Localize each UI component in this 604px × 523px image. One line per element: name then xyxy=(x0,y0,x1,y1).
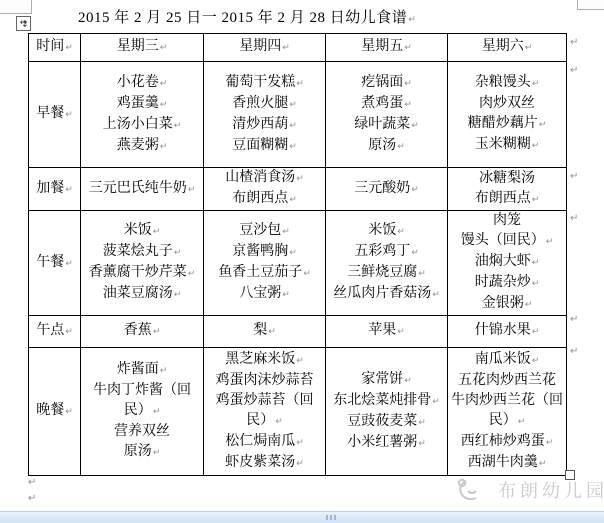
menu-item-line: 香薰腐干炒芹菜↵ xyxy=(89,263,196,284)
paragraph-mark-icon: ↵ xyxy=(397,327,405,337)
menu-item-line: 时蔬杂炒↵ xyxy=(475,273,540,294)
paragraph-mark-icon: ↵ xyxy=(65,110,73,120)
menu-item-text: 葡萄干发糕 xyxy=(225,75,295,90)
menu-item-text: 虾皮紫菜汤 xyxy=(225,455,295,470)
paragraph-mark-icon: ↵ xyxy=(432,290,440,300)
menu-item-text: 豆面糊糊 xyxy=(232,138,288,153)
paragraph-mark-icon: ↵ xyxy=(289,195,297,205)
menu-item-text: 牛肉炒西兰花（回 xyxy=(451,393,563,408)
menu-item-text: 玉米糊糊 xyxy=(475,137,531,152)
menu-item-text: 松仁焗南瓜 xyxy=(225,434,295,449)
menu-item-text: 东北烩菜炖排骨 xyxy=(333,393,431,408)
menu-item-text: 五彩鸡丁 xyxy=(354,244,410,259)
paragraph-mark-icon: ↵ xyxy=(404,100,412,110)
paragraph-mark-icon: ↵ xyxy=(174,248,182,258)
menu-item-line: 苹果↵ xyxy=(368,321,405,342)
paragraph-mark-icon: ↵ xyxy=(525,300,533,310)
paragraph-mark-icon: ↵ xyxy=(282,43,290,53)
menu-cell: 小花卷↵鸡蛋羹↵上汤小白菜↵燕麦粥↵ xyxy=(81,62,204,168)
menu-item-line: 三元巴氏纯牛奶↵ xyxy=(89,179,196,200)
paragraph-mark-icon: ↵ xyxy=(160,79,168,89)
kindergarten-logo-icon xyxy=(452,476,492,504)
horizontal-scrollbar[interactable] xyxy=(0,511,604,523)
paragraph-mark-icon: ↵ xyxy=(546,438,554,448)
paragraph-mark-icon: ↵ xyxy=(160,366,168,376)
menu-item-line: 什锦水果↵ xyxy=(475,321,540,342)
paragraph-mark-icon: ↵ xyxy=(532,279,540,289)
menu-item-line: 杂粮馒头↵ xyxy=(475,73,540,94)
menu-item-line: 小米红薯粥↵ xyxy=(347,433,426,454)
header-cell-time: 时间↵ xyxy=(29,34,81,62)
menu-item-line: 松仁焗南瓜↵ xyxy=(225,432,304,453)
menu-cell: 山楂消食汤↵布朗西点↵ xyxy=(204,168,326,211)
paragraph-mark-icon: ↵ xyxy=(532,195,540,205)
menu-item-text: 山楂消食汤 xyxy=(225,170,295,185)
menu-item-line: 香煎火腿↵ xyxy=(232,94,297,115)
menu-item-text: 黑芝麻米饭 xyxy=(225,352,295,367)
menu-item-text: 肉笼 xyxy=(493,213,521,228)
menu-item-line: 鸡蛋肉沫炒蒜苔 xyxy=(216,371,314,391)
menu-item-line: 丝瓜肉片香菇汤↵ xyxy=(333,284,440,305)
scrollbar-thumb-grip[interactable] xyxy=(326,515,338,520)
menu-item-line: 黑芝麻米饭↵ xyxy=(225,350,304,371)
menu-item-line: 原汤↵ xyxy=(368,136,405,157)
menu-item-text: 加餐 xyxy=(36,181,64,196)
paragraph-mark-icon: ↵ xyxy=(153,327,161,337)
menu-item-text: 三鲜烧豆腐 xyxy=(347,265,417,280)
menu-item-text: 豆沙包 xyxy=(239,223,281,238)
paragraph-mark-icon: ↵ xyxy=(418,418,426,428)
menu-item-line: 布朗西点↵ xyxy=(475,189,540,210)
menu-item-text: 时间 xyxy=(36,39,64,54)
menu-item-text: 苹果 xyxy=(368,323,396,338)
menu-item-line: 加餐↵ xyxy=(36,179,73,200)
menu-item-line: 炸酱面↵ xyxy=(117,360,168,381)
menu-item-line: 鸡蛋炒蒜苔（回 xyxy=(216,391,314,411)
menu-cell: 肉笼馒头（回民）↵油焖大虾↵时蔬杂炒↵金银粥↵ xyxy=(448,211,567,316)
menu-item-line: 午点↵ xyxy=(36,321,73,342)
menu-item-text: 牛肉丁炸酱（回 xyxy=(93,383,191,398)
menu-item-line: 燕麦粥↵ xyxy=(117,136,168,157)
menu-item-line: 小花卷↵ xyxy=(117,73,168,94)
menu-item-text: 时蔬杂炒 xyxy=(475,275,531,290)
menu-item-line: 虾皮紫菜汤↵ xyxy=(225,453,304,474)
paragraph-mark-icon: ↵ xyxy=(397,227,405,237)
menu-item-text: 香蕉 xyxy=(124,323,152,338)
paragraph-mark-icon: ↵ xyxy=(296,438,304,448)
menu-item-line: 民）↵ xyxy=(489,411,526,432)
menu-item-text: 豆豉莜麦菜 xyxy=(347,414,417,429)
menu-item-line: 五花肉炒西兰花 xyxy=(458,371,556,391)
paragraph-mark-icon: ↵ xyxy=(153,227,161,237)
paragraph-mark-icon: ↵ xyxy=(28,477,36,488)
menu-item-text: 糖醋炒藕片 xyxy=(468,116,538,131)
menu-cell: 豆沙包↵京酱鸭胸↵鱼香土豆茄子↵八宝粥↵ xyxy=(204,211,326,316)
paragraph-mark-icon: ↵ xyxy=(418,439,426,449)
menu-item-text: 晚餐 xyxy=(36,403,64,418)
paragraph-mark-icon: ↵ xyxy=(532,79,540,89)
menu-item-text: 八宝粥 xyxy=(239,286,281,301)
menu-item-line: 三鲜烧豆腐↵ xyxy=(347,263,426,284)
paragraph-mark-icon: ↵ xyxy=(65,327,73,337)
menu-item-line: 肉炒双丝 xyxy=(479,94,535,114)
menu-item-text: 肉炒双丝 xyxy=(479,96,535,111)
menu-item-text: 鱼香土豆茄子 xyxy=(218,265,302,280)
menu-item-line: 疙锅面↵ xyxy=(361,73,412,94)
menu-item-line: 星期四↵ xyxy=(239,34,290,61)
menu-item-text: 星期五 xyxy=(361,39,403,54)
menu-item-text: 香薰腐干炒芹菜 xyxy=(89,265,187,280)
menu-cell: 三元酸奶↵ xyxy=(326,168,448,211)
menu-item-line: 星期六↵ xyxy=(482,34,533,61)
menu-cell: 米饭↵菠菜烩丸子↵香薰腐干炒芹菜↵油菜豆腐汤↵ xyxy=(81,211,204,316)
day-column-header: 星期五↵ xyxy=(326,34,448,62)
menu-item-line: 三元酸奶↵ xyxy=(354,179,419,200)
paragraph-mark-icon: ↵ xyxy=(532,356,540,366)
day-column-header: 星期六↵ xyxy=(448,34,567,62)
paragraph-mark-icon: ↵ xyxy=(296,174,304,184)
menu-item-line: 煮鸡蛋↵ xyxy=(361,94,412,115)
menu-item-text: 油菜豆腐汤 xyxy=(103,286,173,301)
menu-item-line: 原汤↵ xyxy=(124,442,161,463)
menu-item-line: 清炒西葫↵ xyxy=(232,115,297,136)
menu-item-text: 炸酱面 xyxy=(117,362,159,377)
paragraph-mark-icon: ↵ xyxy=(418,269,426,279)
menu-item-text: 星期四 xyxy=(239,39,281,54)
kindergarten-logo: 布朗幼儿园 xyxy=(452,476,604,504)
menu-item-text: 原汤 xyxy=(124,444,152,459)
menu-item-text: 米饭 xyxy=(368,223,396,238)
menu-item-text: 菠菜烩丸子 xyxy=(103,244,173,259)
paragraph-mark-icon: ↵ xyxy=(296,459,304,469)
paragraph-mark-icon: ↵ xyxy=(404,43,412,53)
paragraph-mark-icon: ↵ xyxy=(65,407,73,417)
menu-item-text: 五花肉炒西兰花 xyxy=(458,373,556,388)
paragraph-mark-icon: ↵ xyxy=(570,213,578,224)
paragraph-mark-icon: ↵ xyxy=(65,43,73,53)
menu-item-line: 八宝粥↵ xyxy=(239,284,290,305)
paragraph-mark-icon: ↵ xyxy=(532,141,540,151)
paragraph-mark-icon: ↵ xyxy=(404,376,412,386)
paragraph-mark-icon: ↵ xyxy=(275,417,283,427)
table-row: 晚餐↵炸酱面↵牛肉丁炸酱（回民）↵营养双丝原汤↵黑芝麻米饭↵鸡蛋肉沫炒蒜苔鸡蛋炒… xyxy=(29,348,567,476)
menu-cell: 冰糖梨汤布朗西点↵ xyxy=(448,168,567,211)
menu-item-line: 豆面糊糊↵ xyxy=(232,136,297,157)
table-header-row: 时间↵星期三↵星期四↵星期五↵星期六↵ xyxy=(29,34,567,62)
paragraph-mark-icon: ↵ xyxy=(570,346,578,357)
menu-item-line: 五彩鸡丁↵ xyxy=(354,242,419,263)
menu-item-line: 肉笼 xyxy=(493,211,521,231)
paragraph-mark-icon: ↵ xyxy=(188,269,196,279)
menu-item-text: 布朗西点 xyxy=(232,191,288,206)
menu-item-line: 午餐↵ xyxy=(36,253,73,274)
paragraph-mark-icon: ↵ xyxy=(570,171,578,182)
menu-item-text: 燕麦粥 xyxy=(117,138,159,153)
menu-item-text: 香煎火腿 xyxy=(232,96,288,111)
menu-item-text: 上汤小白菜 xyxy=(103,117,173,132)
menu-item-line: 梨↵ xyxy=(253,321,276,342)
paragraph-mark-icon: ↵ xyxy=(65,185,73,195)
paragraph-mark-icon: ↵ xyxy=(546,237,554,247)
menu-item-line: 糖醋炒藕片↵ xyxy=(468,114,547,135)
paragraph-mark-icon: ↵ xyxy=(188,185,196,195)
meal-row-label: 晚餐↵ xyxy=(29,348,81,476)
menu-item-line: 上汤小白菜↵ xyxy=(103,115,182,136)
menu-cell: 什锦水果↵ xyxy=(448,316,567,348)
paragraph-mark-icon: ↵ xyxy=(570,314,578,325)
paragraph-mark-icon: ↵ xyxy=(525,43,533,53)
paragraph-mark-icon: ↵ xyxy=(408,15,416,25)
menu-cell: 苹果↵ xyxy=(326,316,448,348)
menu-cell: 疙锅面↵煮鸡蛋↵绿叶蔬菜↵原汤↵ xyxy=(326,62,448,168)
paragraph-mark-icon: ↵ xyxy=(296,356,304,366)
menu-item-text: 星期三 xyxy=(117,39,159,54)
menu-item-text: 午餐 xyxy=(36,255,64,270)
menu-item-text: 鸡蛋炒蒜苔（回 xyxy=(216,393,314,408)
menu-item-text: 三元酸奶 xyxy=(354,181,410,196)
paragraph-mark-icon: ↵ xyxy=(160,100,168,110)
menu-cell: 家常饼↵东北烩菜炖排骨↵豆豉莜麦菜↵小米红薯粥↵ xyxy=(326,348,448,476)
menu-item-text: 星期六 xyxy=(482,39,524,54)
menu-cell: 葡萄干发糕↵香煎火腿↵清炒西葫↵豆面糊糊↵ xyxy=(204,62,326,168)
menu-item-text: 煮鸡蛋 xyxy=(361,96,403,111)
menu-cell: 杂粮馒头↵肉炒双丝糖醋炒藕片↵玉米糊糊↵ xyxy=(448,62,567,168)
document-title-text: 2015 年 2 月 25 日一 2015 年 2 月 28 日幼儿食谱 xyxy=(78,10,407,26)
menu-item-text: 午点 xyxy=(36,323,64,338)
menu-item-text: 油焖大虾 xyxy=(475,254,531,269)
paragraph-mark-icon: ↵ xyxy=(404,79,412,89)
menu-cell: 炸酱面↵牛肉丁炸酱（回民）↵营养双丝原汤↵ xyxy=(81,348,204,476)
paragraph-mark-icon: ↵ xyxy=(160,142,168,152)
move-arrows-icon: ↔ xyxy=(17,17,30,30)
menu-item-line: 米饭↵ xyxy=(124,221,161,242)
menu-item-text: 梨 xyxy=(253,323,267,338)
menu-item-line: 菠菜烩丸子↵ xyxy=(103,242,182,263)
meal-row-label: 午餐↵ xyxy=(29,211,81,316)
menu-item-text: 小花卷 xyxy=(117,75,159,90)
page-margin-mark-top-right xyxy=(577,0,604,10)
meal-row-label: 午点↵ xyxy=(29,316,81,348)
paragraph-mark-icon: ↵ xyxy=(65,259,73,269)
day-column-header: 星期四↵ xyxy=(204,34,326,62)
paragraph-mark-icon: ↵ xyxy=(296,79,304,89)
paragraph-mark-icon: ↵ xyxy=(174,290,182,300)
menu-item-text: 米饭 xyxy=(124,223,152,238)
paragraph-mark-icon: ↵ xyxy=(282,227,290,237)
menu-item-text: 鸡蛋肉沫炒蒜苔 xyxy=(216,373,314,388)
menu-item-text: 冰糖梨汤 xyxy=(479,171,535,186)
menu-item-line: 晚餐↵ xyxy=(36,401,73,422)
menu-item-line: 牛肉炒西兰花（回 xyxy=(451,391,563,411)
menu-item-text: 清炒西葫 xyxy=(232,117,288,132)
menu-item-text: 什锦水果 xyxy=(475,323,531,338)
menu-item-line: 布朗西点↵ xyxy=(232,189,297,210)
kindergarten-menu-table: 时间↵星期三↵星期四↵星期五↵星期六↵早餐↵小花卷↵鸡蛋羹↵上汤小白菜↵燕麦粥↵… xyxy=(28,33,567,476)
paragraph-mark-icon: ↵ xyxy=(174,121,182,131)
menu-item-line: 香蕉↵ xyxy=(124,321,161,342)
menu-item-text: 小米红薯粥 xyxy=(347,435,417,450)
table-row: 早餐↵小花卷↵鸡蛋羹↵上汤小白菜↵燕麦粥↵葡萄干发糕↵香煎火腿↵清炒西葫↵豆面糊… xyxy=(29,62,567,168)
paragraph-mark-icon: ↵ xyxy=(518,417,526,427)
paragraph-mark-icon: ↵ xyxy=(411,121,419,131)
menu-item-line: 民）↵ xyxy=(246,411,283,432)
menu-item-line: 早餐↵ xyxy=(36,104,73,125)
meal-row-label: 加餐↵ xyxy=(29,168,81,211)
menu-item-line: 星期三↵ xyxy=(117,34,168,61)
paragraph-mark-icon: ↵ xyxy=(570,65,578,76)
menu-item-line: 家常饼↵ xyxy=(361,370,412,391)
menu-item-line: 绿叶蔬菜↵ xyxy=(354,115,419,136)
menu-cell: 南瓜米饭↵五花肉炒西兰花牛肉炒西兰花（回民）↵西红柿炒鸡蛋↵西湖牛肉羹↵ xyxy=(448,348,567,476)
menu-item-line: 豆沙包↵ xyxy=(239,221,290,242)
menu-item-line: 油焖大虾↵ xyxy=(475,252,540,273)
menu-item-line: 冰糖梨汤 xyxy=(479,169,535,189)
menu-item-text: 馒头（回民） xyxy=(461,233,545,248)
paragraph-mark-icon: ↵ xyxy=(282,290,290,300)
menu-item-line: 葡萄干发糕↵ xyxy=(225,73,304,94)
paragraph-mark-icon: ↵ xyxy=(532,258,540,268)
paragraph-mark-icon: ↵ xyxy=(539,120,547,130)
kindergarten-logo-text: 布朗幼儿园 xyxy=(498,477,604,503)
paragraph-mark-icon: ↵ xyxy=(303,269,311,279)
menu-item-text: 绿叶蔬菜 xyxy=(354,117,410,132)
paragraph-mark-icon: ↵ xyxy=(289,100,297,110)
menu-item-line: 山楂消食汤↵ xyxy=(225,168,304,189)
menu-item-text: 民） xyxy=(489,413,517,428)
paragraph-mark-icon: ↵ xyxy=(289,121,297,131)
paragraph-mark-icon: ↵ xyxy=(160,43,168,53)
menu-item-text: 金银粥 xyxy=(482,296,524,311)
document-title: 2015 年 2 月 25 日一 2015 年 2 月 28 日幼儿食谱↵ xyxy=(78,6,416,27)
paragraph-mark-icon: ↵ xyxy=(411,248,419,258)
menu-item-line: 京酱鸭胸↵ xyxy=(232,242,297,263)
table-row: 午点↵香蕉↵梨↵苹果↵什锦水果↵ xyxy=(29,316,567,348)
paragraph-mark-icon: ↵ xyxy=(539,459,547,469)
menu-item-text: 鸡蛋羹 xyxy=(117,96,159,111)
paragraph-mark-icon: ↵ xyxy=(28,493,36,504)
menu-item-text: 丝瓜肉片香菇汤 xyxy=(333,286,431,301)
paragraph-mark-icon: ↵ xyxy=(268,327,276,337)
table-row: 加餐↵三元巴氏纯牛奶↵山楂消食汤↵布朗西点↵三元酸奶↵冰糖梨汤布朗西点↵ xyxy=(29,168,567,211)
menu-item-text: 西湖牛肉羹 xyxy=(468,455,538,470)
menu-cell: 三元巴氏纯牛奶↵ xyxy=(81,168,204,211)
menu-item-line: 金银粥↵ xyxy=(482,294,533,315)
menu-item-line: 南瓜米饭↵ xyxy=(475,350,540,371)
paragraph-mark-icon: ↵ xyxy=(532,327,540,337)
menu-item-text: 疙锅面 xyxy=(361,75,403,90)
menu-cell: 黑芝麻米饭↵鸡蛋肉沫炒蒜苔鸡蛋炒蒜苔（回民）↵松仁焗南瓜↵虾皮紫菜汤↵ xyxy=(204,348,326,476)
day-column-header: 星期三↵ xyxy=(81,34,204,62)
paragraph-mark-icon: ↵ xyxy=(289,248,297,258)
menu-item-text: 原汤 xyxy=(368,138,396,153)
menu-item-line: 东北烩菜炖排骨↵ xyxy=(333,391,440,412)
menu-item-line: 鱼香土豆茄子↵ xyxy=(218,263,311,284)
menu-item-line: 星期五↵ xyxy=(361,34,412,61)
paragraph-mark-icon: ↵ xyxy=(289,142,297,152)
paragraph-mark-icon: ↵ xyxy=(570,37,578,48)
menu-item-text: 杂粮馒头 xyxy=(475,75,531,90)
menu-item-text: 民） xyxy=(124,403,152,418)
menu-item-line: 西红柿炒鸡蛋↵ xyxy=(461,432,554,453)
menu-item-text: 民） xyxy=(246,413,274,428)
menu-item-text: 南瓜米饭 xyxy=(475,352,531,367)
menu-item-text: 西红柿炒鸡蛋 xyxy=(461,434,545,449)
table-move-handle[interactable]: ↔ ↔ xyxy=(16,16,31,31)
menu-item-text: 家常饼 xyxy=(361,372,403,387)
menu-item-line: 牛肉丁炸酱（回 xyxy=(93,381,191,401)
menu-item-line: 豆豉莜麦菜↵ xyxy=(347,412,426,433)
paragraph-mark-icon: ↵ xyxy=(153,407,161,417)
paragraph-mark-icon: ↵ xyxy=(153,448,161,458)
menu-cell: 香蕉↵ xyxy=(81,316,204,348)
menu-item-line: 民）↵ xyxy=(124,401,161,422)
menu-item-line: 西湖牛肉羹↵ xyxy=(468,453,547,474)
paragraph-mark-icon: ↵ xyxy=(432,397,440,407)
menu-item-line: 时间↵ xyxy=(36,34,73,61)
menu-item-line: 玉米糊糊↵ xyxy=(475,135,540,156)
menu-item-text: 早餐 xyxy=(36,106,64,121)
paragraph-mark-icon: ↵ xyxy=(411,185,419,195)
menu-item-text: 营养双丝 xyxy=(114,424,170,439)
meal-row-label: 早餐↵ xyxy=(29,62,81,168)
menu-item-line: 油菜豆腐汤↵ xyxy=(103,284,182,305)
menu-cell: 米饭↵五彩鸡丁↵三鲜烧豆腐↵丝瓜肉片香菇汤↵ xyxy=(326,211,448,316)
table-row: 午餐↵米饭↵菠菜烩丸子↵香薰腐干炒芹菜↵油菜豆腐汤↵豆沙包↵京酱鸭胸↵鱼香土豆茄… xyxy=(29,211,567,316)
menu-item-line: 鸡蛋羹↵ xyxy=(117,94,168,115)
menu-item-line: 馒头（回民）↵ xyxy=(461,231,554,252)
menu-cell: 梨↵ xyxy=(204,316,326,348)
menu-item-text: 布朗西点 xyxy=(475,191,531,206)
menu-item-text: 京酱鸭胸 xyxy=(232,244,288,259)
paragraph-mark-icon: ↵ xyxy=(397,142,405,152)
menu-item-line: 营养双丝 xyxy=(114,422,170,442)
menu-item-text: 三元巴氏纯牛奶 xyxy=(89,181,187,196)
menu-item-line: 米饭↵ xyxy=(368,221,405,242)
page-margin-mark-top-left xyxy=(0,0,32,14)
